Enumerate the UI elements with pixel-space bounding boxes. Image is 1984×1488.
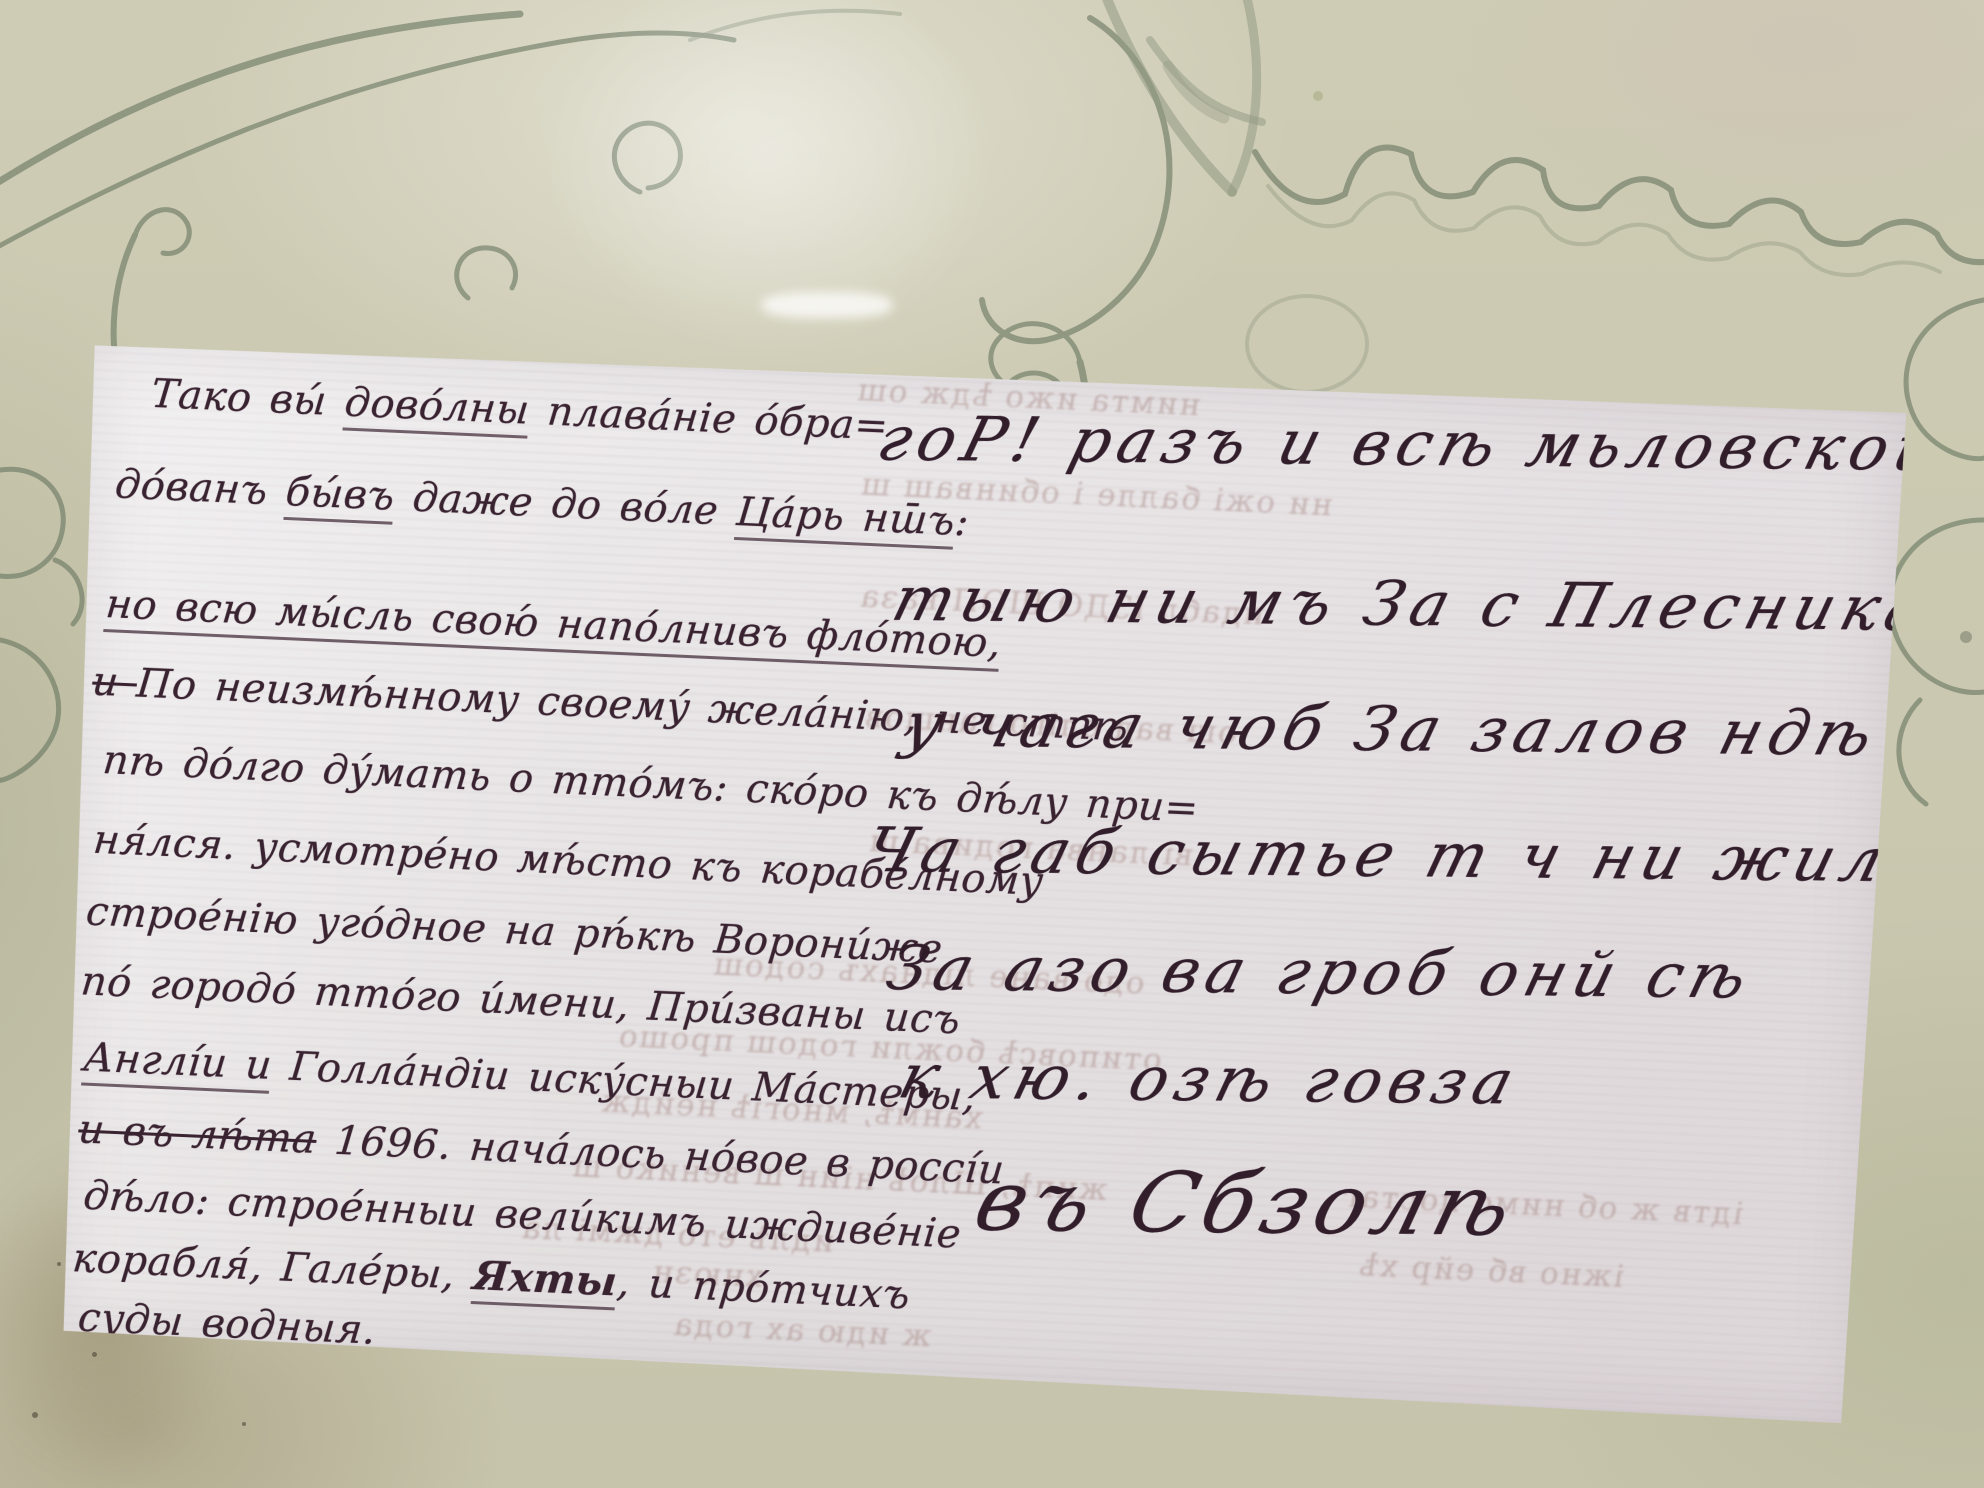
manuscript-line: до́ванъ бы́въ даже до во́ле Ца́рь нш̄ъ:	[113, 461, 971, 545]
manuscript-word: и въ лѣ́та	[76, 1106, 318, 1162]
marginal-scrawl-line: За азо ва гроб онй сѣ	[880, 932, 1762, 1013]
manuscript-word: даже до во́ле	[392, 474, 738, 535]
manuscript-line: Тако вы́ дово́лны плава́ніе о́бра=	[149, 371, 891, 450]
manuscript-word: Англі́и и	[81, 1035, 274, 1094]
manuscript-word: , и про́тчихъ	[615, 1260, 912, 1319]
paper-speck	[32, 1412, 38, 1418]
manuscript-word: строе́нію уго́дное на рѣ́кѣ Ворони́же	[84, 889, 945, 973]
manuscript-word: Ца́рь нш̄ъ	[734, 489, 957, 550]
manuscript-word: бы́въ	[283, 469, 397, 525]
manuscript-word: дово́лны	[342, 380, 531, 439]
manuscript-word: :	[953, 499, 971, 545]
manuscript-word: Яхты	[470, 1252, 619, 1310]
paper-speck	[57, 1262, 61, 1266]
manuscript-word: и	[90, 659, 139, 707]
paper-speck	[242, 1422, 246, 1426]
manuscript-word: Тако вы́	[149, 371, 347, 425]
marginal-scrawl-line: к хю. озѣ говза	[892, 1040, 1528, 1118]
photograph-background: нимта ижо ѣдж ошни ожі балле і обинваш ш…	[0, 0, 1984, 1488]
manuscript-line: строе́нію уго́дное на рѣ́кѣ Ворони́же	[84, 889, 945, 973]
marginal-scrawl-line: Ча габ сытье т ч ни жилвоа	[858, 814, 1907, 898]
marginal-scrawl-line: тыю ни мъ За с Плесника	[885, 562, 1906, 644]
manuscript-word: корабля́, Гале́ры,	[71, 1235, 476, 1299]
manuscript-word: до́ванъ	[113, 461, 288, 514]
manuscript-paper: нимта ижо ѣдж ошни ожі балле і обинваш ш…	[43, 332, 1906, 1424]
manuscript-word: плава́ніе о́бра=	[527, 388, 891, 450]
marginal-scrawl-line: у чага чюб За залов ндѣ	[896, 688, 1888, 770]
marginal-scrawl-line: въ Сбзолѣ	[965, 1152, 1529, 1254]
paper-speck	[92, 1352, 97, 1357]
bleed-through-text: іжно вб ейр хѣ	[1355, 1248, 1627, 1296]
marginal-scrawl-line: гоР! разъ и всѣ мьловскои	[870, 402, 1906, 485]
